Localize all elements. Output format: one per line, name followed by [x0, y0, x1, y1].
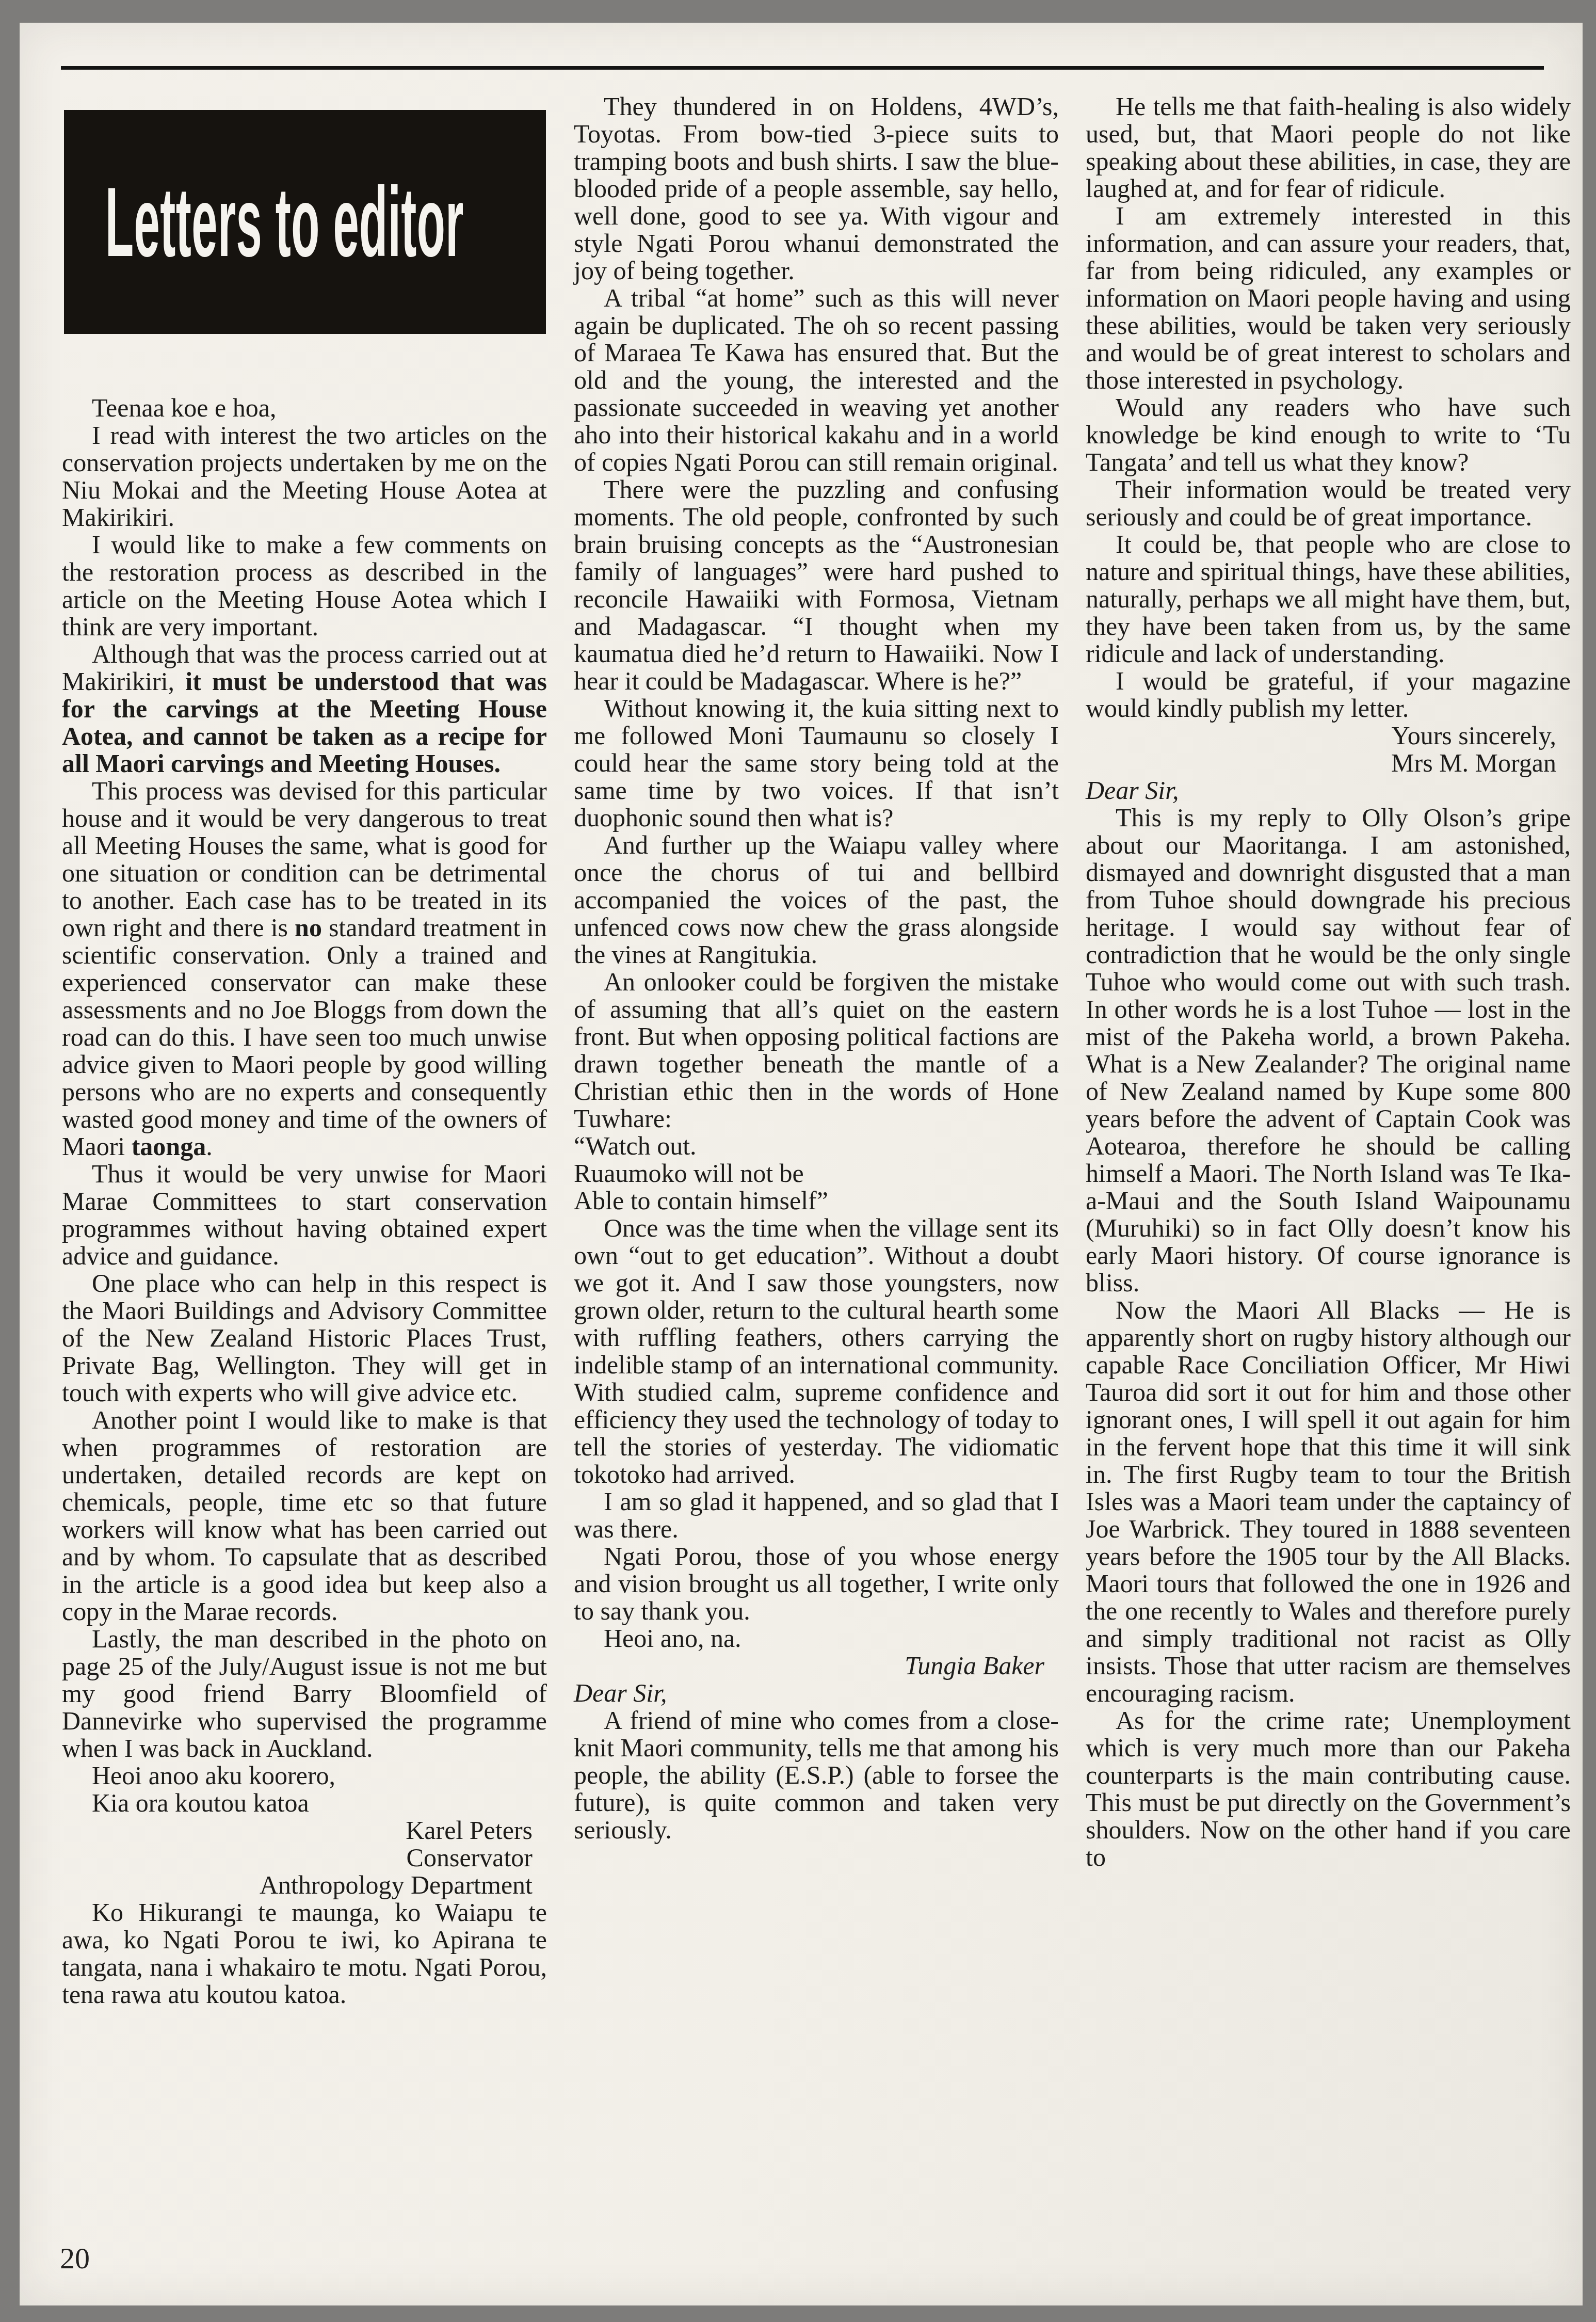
column-3-body: He tells me that faith-healing is also w…	[1086, 93, 1571, 1871]
signature-line: Mrs M. Morgan	[1086, 749, 1571, 777]
paragraph: Ko Hikurangi te maunga, ko Waiapu te awa…	[62, 1899, 547, 2008]
salutation: Dear Sir,	[1086, 777, 1571, 804]
column-2: They thundered in on Holdens, 4WD’s, Toy…	[574, 93, 1059, 2008]
paragraph: I would be grateful, if your magazine wo…	[1086, 667, 1571, 722]
signature-line: Karel Peters	[62, 1817, 547, 1844]
paragraph: And further up the Waiapu valley where o…	[574, 831, 1059, 968]
paragraph: There were the puzzling and confusing mo…	[574, 476, 1059, 695]
paper: Letters to editor Teenaa koe e hoa,I rea…	[20, 23, 1583, 2305]
verse-line: Ruaumoko will not be	[574, 1160, 1059, 1187]
paragraph: They thundered in on Holdens, 4WD’s, Toy…	[574, 93, 1059, 284]
letters-to-editor-masthead: Letters to editor	[65, 111, 545, 333]
top-rule	[61, 66, 1544, 70]
paragraph: Thus it would be very unwise for Maori M…	[62, 1160, 547, 1270]
paragraph: A friend of mine who comes from a close-…	[574, 1707, 1059, 1844]
paragraph: Kia ora koutou katoa	[62, 1789, 547, 1817]
verse-line: Able to contain himself”	[574, 1187, 1059, 1214]
paragraph: One place who can help in this respect i…	[62, 1270, 547, 1406]
signature-line: Anthropology Department	[62, 1871, 547, 1899]
paragraph: This is my reply to Olly Olson’s gripe a…	[1086, 804, 1571, 1296]
paragraph: He tells me that faith-healing is also w…	[1086, 93, 1571, 202]
paragraph: Now the Maori All Blacks — He is apparen…	[1086, 1296, 1571, 1707]
paragraph: Lastly, the man described in the photo o…	[62, 1625, 547, 1762]
letters-columns: Letters to editor Teenaa koe e hoa,I rea…	[62, 93, 1571, 2008]
column-1: Letters to editor Teenaa koe e hoa,I rea…	[62, 93, 547, 2008]
paragraph: Heoi ano, na.	[574, 1625, 1059, 1652]
paragraph: Another point I would like to make is th…	[62, 1406, 547, 1625]
column-1-body: Teenaa koe e hoa,I read with interest th…	[62, 394, 547, 2008]
paragraph: A tribal “at home” such as this will nev…	[574, 284, 1059, 476]
column-2-body: They thundered in on Holdens, 4WD’s, Toy…	[574, 93, 1059, 1844]
paragraph: As for the crime rate; Unemployment whic…	[1086, 1707, 1571, 1871]
paragraph: Although that was the process carried ou…	[62, 640, 547, 777]
paragraph: I am extremely interested in this inform…	[1086, 202, 1571, 394]
paragraph: Without knowing it, the kuia sitting nex…	[574, 695, 1059, 831]
paragraph: I read with interest the two articles on…	[62, 422, 547, 531]
letters-to-editor-title: Letters to editor	[105, 172, 464, 271]
page-number: 20	[60, 2241, 90, 2276]
paragraph: Ngati Porou, those of you whose energy a…	[574, 1543, 1059, 1625]
signature-line: Conservator	[62, 1844, 547, 1871]
paragraph: Teenaa koe e hoa,	[62, 394, 547, 422]
signature-line: Tungia Baker	[574, 1652, 1059, 1679]
paragraph: I am so glad it happened, and so glad th…	[574, 1488, 1059, 1543]
paragraph: This process was devised for this partic…	[62, 777, 547, 1160]
signature-line: Yours sincerely,	[1086, 722, 1571, 749]
paragraph: Would any readers who have such knowledg…	[1086, 394, 1571, 476]
paragraph: Their information would be treated very …	[1086, 476, 1571, 531]
verse-line: “Watch out.	[574, 1132, 1059, 1160]
salutation: Dear Sir,	[574, 1679, 1059, 1707]
paragraph: Once was the time when the village sent …	[574, 1214, 1059, 1488]
paragraph: It could be, that people who are close t…	[1086, 531, 1571, 667]
column-3: He tells me that faith-healing is also w…	[1086, 93, 1571, 2008]
paragraph: Heoi anoo aku koorero,	[62, 1762, 547, 1789]
scanned-magazine-page: Letters to editor Teenaa koe e hoa,I rea…	[0, 0, 1596, 2322]
paragraph: An onlooker could be forgiven the mistak…	[574, 968, 1059, 1132]
paragraph: I would like to make a few comments on t…	[62, 531, 547, 640]
